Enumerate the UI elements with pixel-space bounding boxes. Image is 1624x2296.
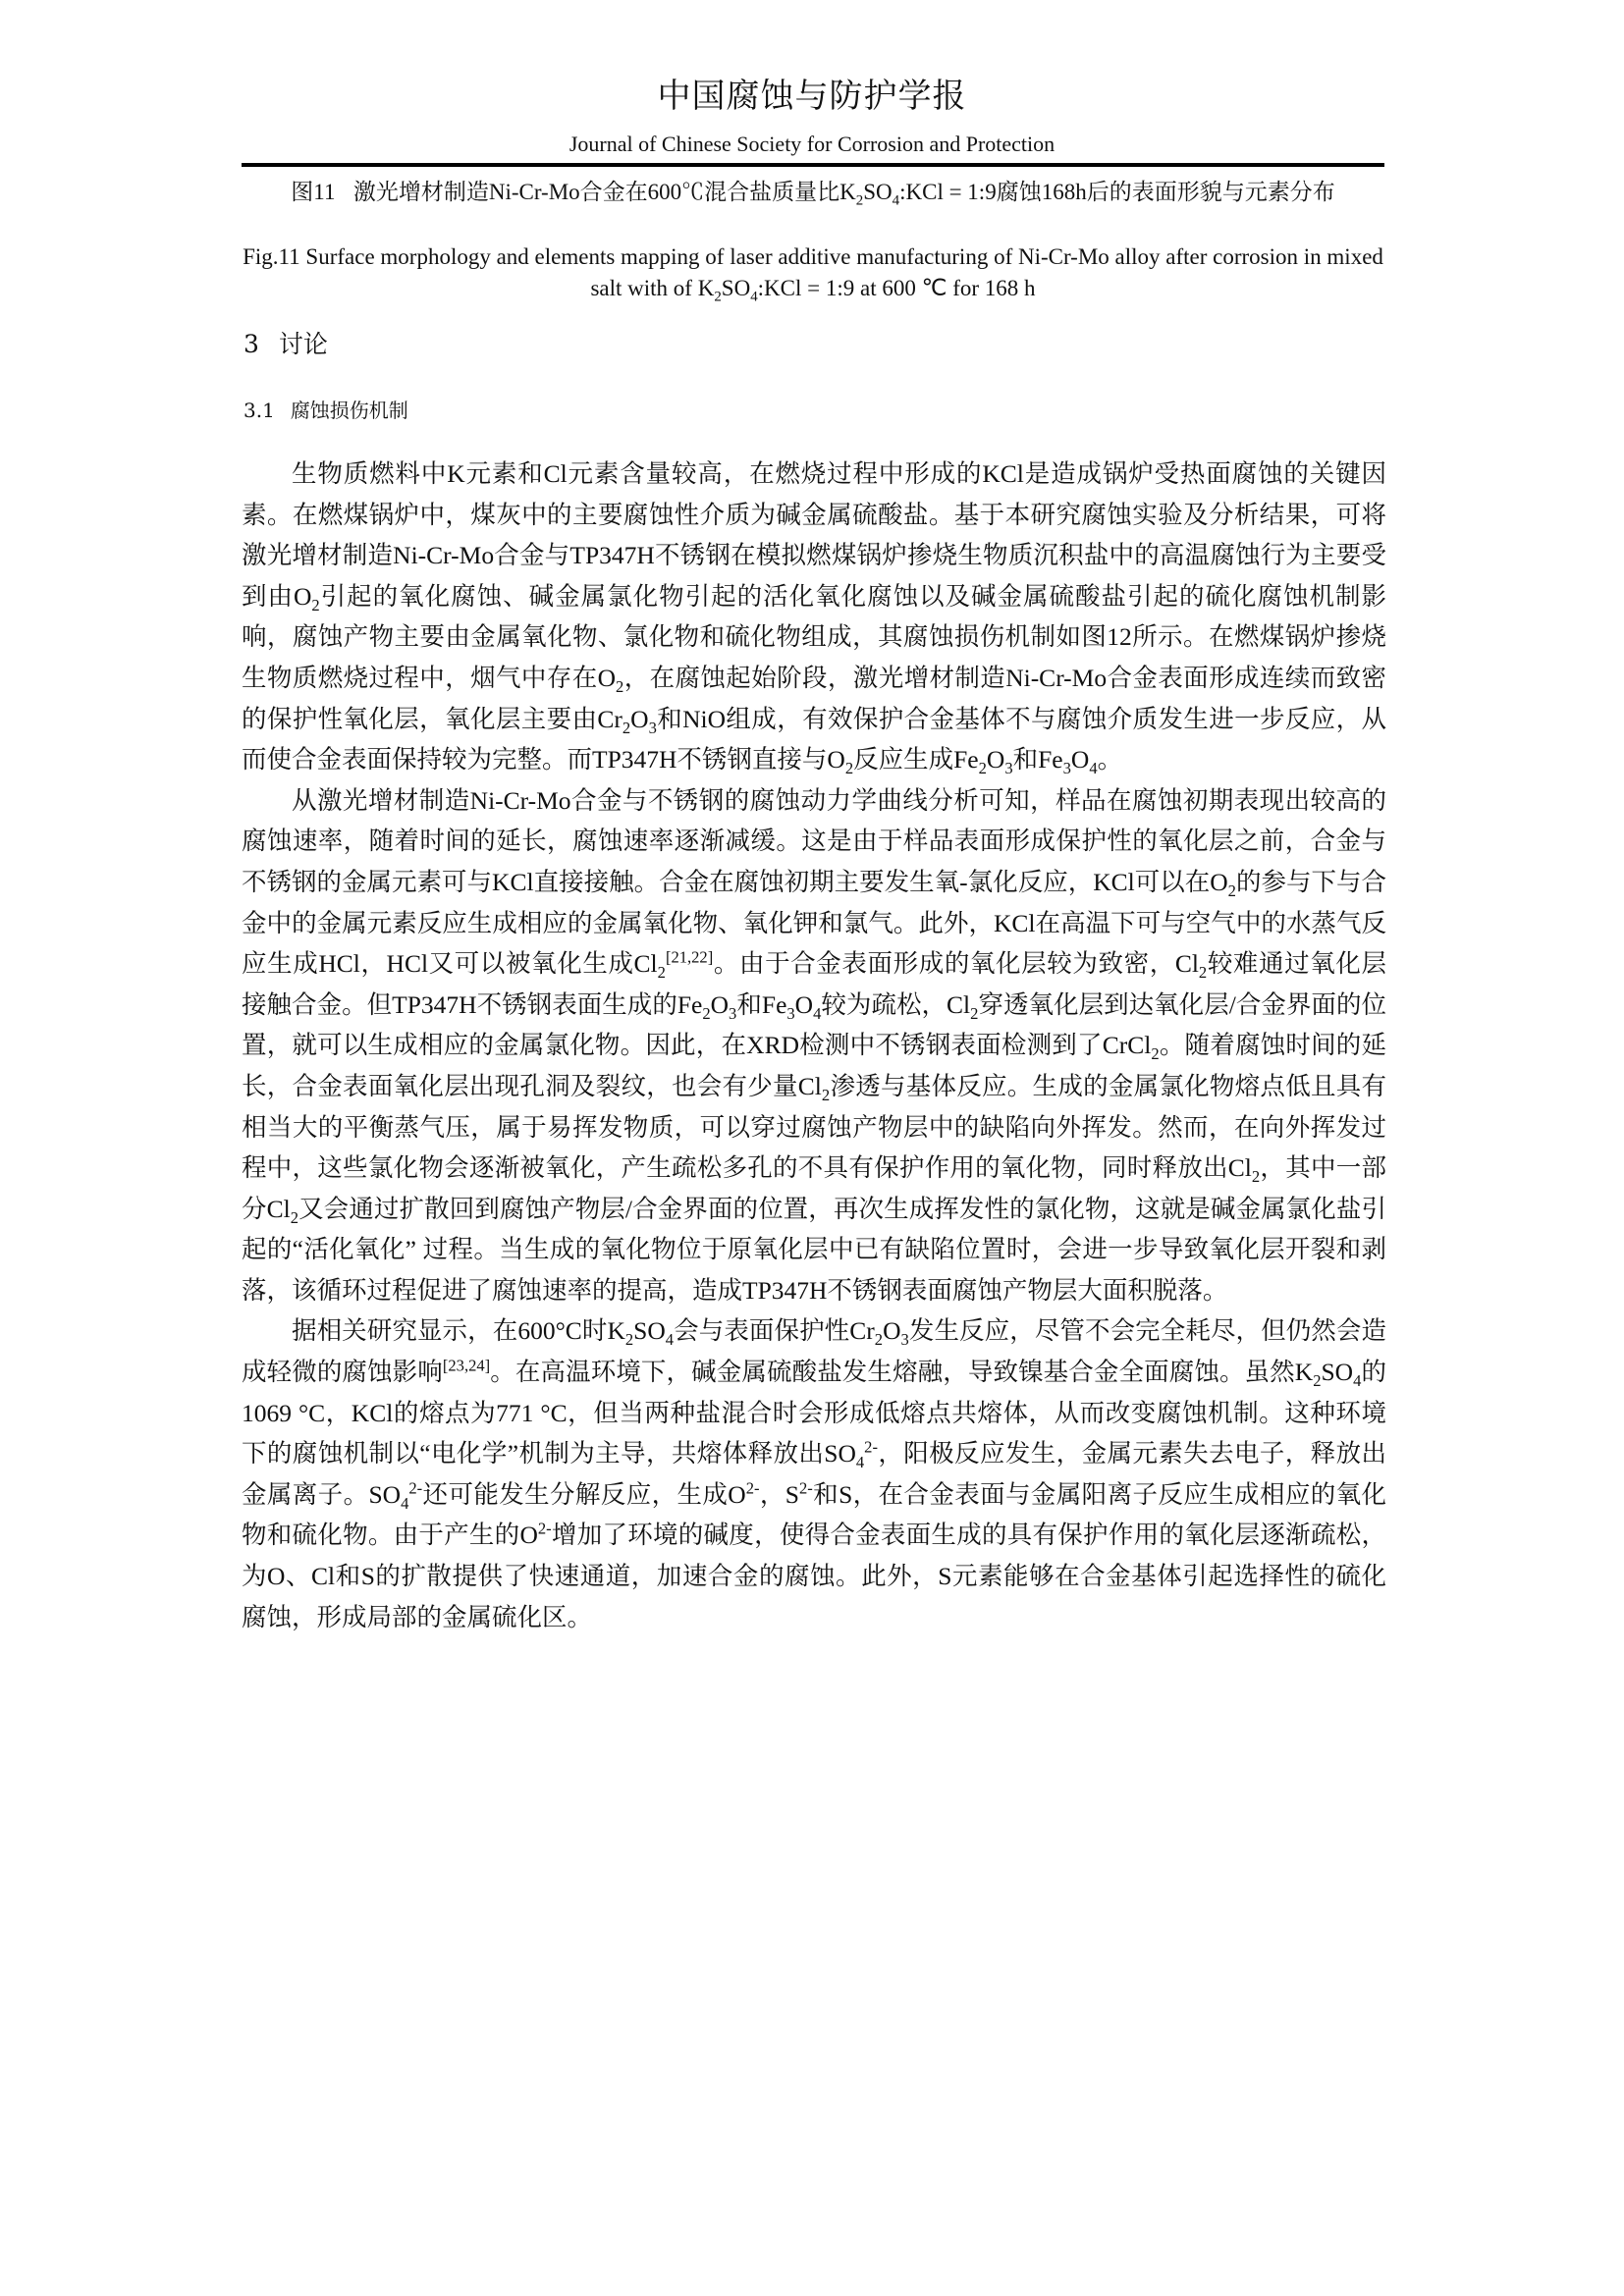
subscript: 2 (702, 1004, 710, 1023)
paper-page: 中国腐蚀与防护学报 Journal of Chinese Society for… (0, 0, 1624, 2296)
header-divider (242, 163, 1384, 167)
journal-title-cn: 中国腐蚀与防护学报 (0, 77, 1624, 116)
text-run: 。 (1098, 745, 1123, 774)
section-heading: 3讨论 (244, 328, 328, 361)
superscript: 2- (408, 1478, 422, 1497)
subscript: 2 (1252, 1167, 1260, 1186)
body-text: 生物质燃料中K元素和Cl元素含量较高，在燃烧过程中形成的KCl是造成锅炉受热面腐… (242, 454, 1386, 1637)
subscript: 2 (979, 759, 987, 777)
subscript: 2 (291, 1208, 298, 1227)
subscript: 2 (822, 1086, 830, 1104)
text-run: O (987, 745, 1004, 774)
subscript: 3 (900, 1331, 908, 1350)
superscript: 2- (799, 1478, 813, 1497)
text-run: O (711, 990, 729, 1019)
subscript: 4 (1089, 759, 1097, 777)
section-number: 3 (244, 330, 259, 358)
caption-cn-text: SO (863, 180, 892, 204)
figure-caption-cn: 图11激光增材制造Ni-Cr-Mo合金在600℃混合盐质量比K2SO4:KCl … (242, 177, 1384, 208)
text-run: O (1071, 745, 1089, 774)
text-run: ，S (760, 1480, 799, 1509)
subscript: 3 (1063, 759, 1071, 777)
text-run: O (795, 990, 813, 1019)
subscript: 4 (666, 1331, 674, 1350)
caption-cn-text: :KCl = 1:9腐蚀168h后的表面形貌与元素分布 (899, 180, 1335, 204)
superscript: 2- (864, 1438, 878, 1457)
journal-title-en: Journal of Chinese Society for Corrosion… (0, 132, 1624, 157)
paragraph: 据相关研究显示，在600°C时K2SO4会与表面保护性Cr2O3发生反应，尽管不… (242, 1310, 1386, 1637)
subscript: 3 (786, 1004, 794, 1023)
citation: [23,24] (443, 1357, 490, 1375)
citation: [21,22] (666, 948, 713, 967)
subscript: 2 (1151, 1044, 1159, 1063)
subscript: 2 (623, 719, 630, 737)
subscript: 2 (1199, 963, 1207, 982)
subscript: 2 (1228, 881, 1236, 900)
text-run: 据相关研究显示，在600°C时K (292, 1316, 625, 1345)
subscript: 2 (845, 759, 853, 777)
subscript: 2 (311, 596, 319, 614)
text-run: 从激光增材制造Ni-Cr-Mo合金与不锈钢的腐蚀动力学曲线分析可知，样品在腐蚀初… (242, 786, 1386, 896)
section-title: 讨论 (279, 330, 328, 358)
caption-cn-text: 激光增材制造Ni-Cr-Mo合金在600℃混合盐质量比K (353, 180, 856, 204)
text-run: 反应生成Fe (853, 745, 979, 774)
text-run: 和Fe (1013, 745, 1063, 774)
subsection-number: 3.1 (244, 399, 275, 422)
text-run: SO (1321, 1358, 1353, 1386)
text-run: 。由于合金表面形成的氧化层较为致密，Cl (713, 949, 1199, 978)
text-run: 。在高温环境下，碱金属硫酸盐发生熔融，导致镍基合金全面腐蚀。虽然K (490, 1358, 1313, 1386)
text-run: 会与表面保护性Cr (674, 1316, 875, 1345)
superscript: 2- (538, 1520, 552, 1538)
subscript: 4 (750, 290, 757, 305)
subscript: 2 (625, 1331, 633, 1350)
subscript: 3 (649, 719, 657, 737)
text-run: 又会通过扩散回到腐蚀产物层/合金界面的位置，再次生成挥发性的氯化物，这就是碱金属… (242, 1195, 1386, 1305)
subscript: 3 (1004, 759, 1012, 777)
text-run: 还可能发生分解反应，生成O (422, 1480, 746, 1509)
text-run: O (883, 1316, 900, 1345)
superscript: 2- (746, 1478, 760, 1497)
figure-label-en: Fig.11 (243, 244, 300, 269)
subscript: 2 (714, 290, 721, 305)
subscript: 2 (875, 1331, 883, 1350)
paragraph: 生物质燃料中K元素和Cl元素含量较高，在燃烧过程中形成的KCl是造成锅炉受热面腐… (242, 454, 1386, 780)
figure-caption-en: Fig.11 Surface morphology and elements m… (242, 241, 1384, 304)
text-run: SO (633, 1316, 666, 1345)
paragraph: 从激光增材制造Ni-Cr-Mo合金与不锈钢的腐蚀动力学曲线分析可知，样品在腐蚀初… (242, 780, 1386, 1311)
subscript: 4 (856, 1453, 864, 1471)
subscript: 2 (658, 963, 666, 982)
text-run: 和Fe (736, 990, 786, 1019)
text-run: 较为疏松，Cl (821, 990, 970, 1019)
subsection-title: 腐蚀损伤机制 (291, 399, 408, 422)
caption-en-text: :KCl = 1:9 at 600 ℃ for 168 h (758, 276, 1036, 300)
subscript: 4 (893, 193, 899, 209)
caption-en-text: SO (722, 276, 750, 300)
subsection-heading: 3.1腐蚀损伤机制 (244, 397, 408, 424)
text-run: O (630, 705, 648, 733)
figure-label-cn: 图11 (291, 180, 335, 204)
